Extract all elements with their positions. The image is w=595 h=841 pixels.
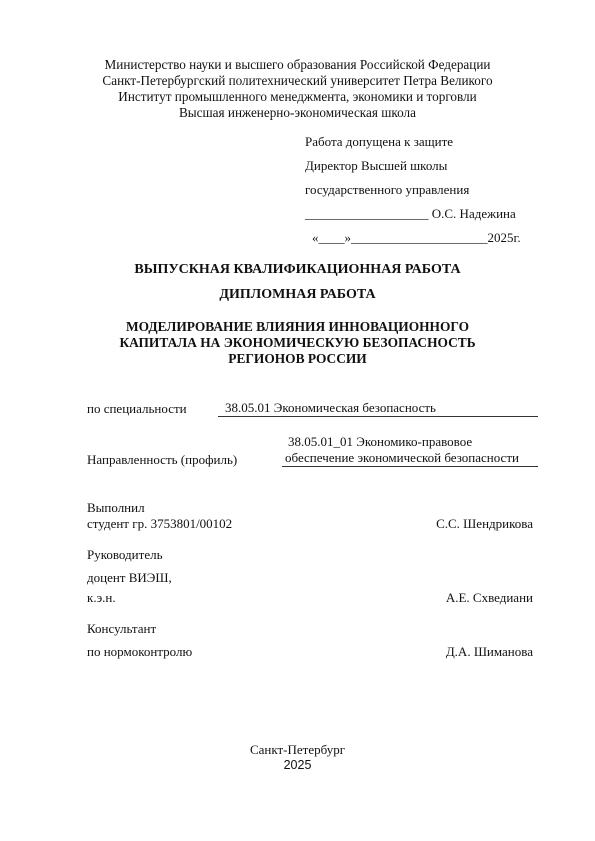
approval-signature-line: ___________________ О.С. Надежина: [305, 206, 516, 222]
student-role-line-2: студент гр. 3753801/00102: [87, 516, 232, 532]
approval-date-line: «____»_____________________2025г.: [312, 230, 521, 246]
specialty-label: по специальности: [87, 401, 187, 417]
supervisor-role-line-1: Руководитель: [87, 547, 163, 563]
supervisor-role-line-3: к.э.н.: [87, 590, 116, 606]
institute-line: Институт промышленного менеджмента, экон…: [0, 89, 595, 105]
work-type-title: ВЫПУСКНАЯ КВАЛИФИКАЦИОННАЯ РАБОТА: [0, 262, 595, 278]
specialty-underline: [218, 416, 538, 417]
consultant-role-line-2: по нормоконтролю: [87, 644, 192, 660]
profile-value-line-1: 38.05.01_01 Экономико-правовое: [288, 434, 472, 450]
consultant-role-line-1: Консультант: [87, 621, 156, 637]
profile-value-line-2: обеспечение экономической безопасности: [285, 450, 539, 466]
specialty-value: 38.05.01 Экономическая безопасность: [225, 400, 436, 416]
topic-title-line-3: РЕГИОНОВ РОССИИ: [0, 351, 595, 367]
ministry-line: Министерство науки и высшего образования…: [0, 57, 595, 73]
topic-title-line-2: КАПИТАЛА НА ЭКОНОМИЧЕСКУЮ БЕЗОПАСНОСТЬ: [0, 335, 595, 351]
footer-city: Санкт-Петербург: [0, 742, 595, 758]
approval-director: Директор Высшей школы: [305, 158, 447, 174]
student-name: С.С. Шендрикова: [436, 516, 533, 532]
approval-school: государственного управления: [305, 182, 469, 198]
approval-admitted: Работа допущена к защите: [305, 134, 453, 150]
topic-title-line-1: МОДЕЛИРОВАНИЕ ВЛИЯНИЯ ИННОВАЦИОННОГО: [0, 319, 595, 335]
supervisor-name: А.Е. Схведиани: [446, 590, 533, 606]
profile-underline: [282, 466, 538, 467]
profile-label: Направленность (профиль): [87, 452, 237, 468]
footer-year: 2025: [0, 758, 595, 772]
consultant-name: Д.А. Шиманова: [446, 644, 533, 660]
student-role-line-1: Выполнил: [87, 500, 145, 516]
supervisor-role-line-2: доцент ВИЭШ,: [87, 570, 172, 586]
work-subtype-title: ДИПЛОМНАЯ РАБОТА: [0, 287, 595, 303]
school-line: Высшая инженерно-экономическая школа: [0, 105, 595, 121]
university-line: Санкт-Петербургский политехнический унив…: [0, 73, 595, 89]
